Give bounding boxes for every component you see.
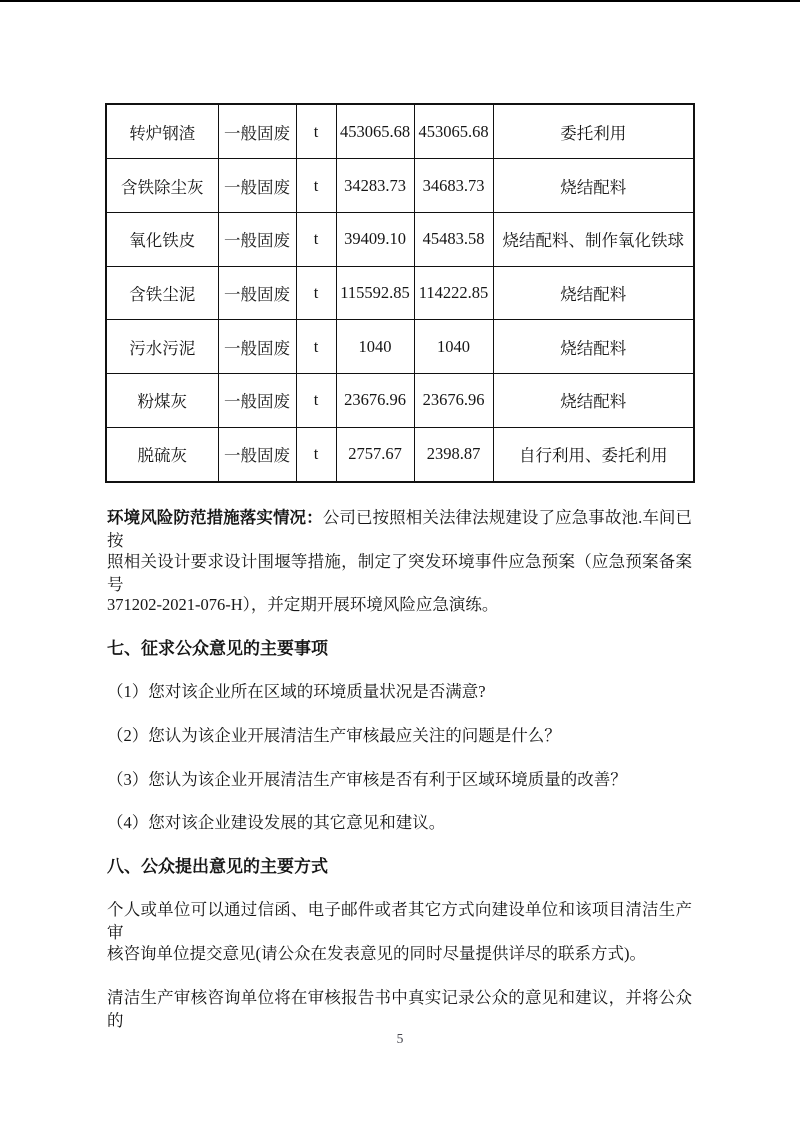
disposal-method-cell: 自行利用、委托利用	[493, 427, 694, 482]
utilized-qty-cell: 2398.87	[414, 427, 493, 482]
page-number: 5	[0, 1031, 800, 1047]
generated-qty-cell: 115592.85	[336, 266, 414, 320]
waste-category-cell: 一般固废	[218, 159, 296, 213]
waste-category-cell: 一般固废	[218, 320, 296, 374]
risk-measures-label: 环境风险防范措施落实情况：	[107, 508, 323, 527]
unit-cell: t	[296, 266, 336, 320]
waste-category-cell: 一般固废	[218, 374, 296, 428]
disposal-method-cell: 烧结配料	[493, 266, 694, 320]
disposal-method-cell: 烧结配料	[493, 159, 694, 213]
waste-name-cell: 粉煤灰	[106, 374, 218, 428]
risk-measures-line-2: 照相关设计要求设计围堰等措施，制定了突发环境事件应急预案（应急预案备案号	[107, 550, 692, 594]
risk-measures-line-1: 环境风险防范措施落实情况：公司已按照相关法律法规建设了应急事故池.车间已按	[107, 506, 692, 550]
utilized-qty-cell: 23676.96	[414, 374, 493, 428]
disposal-method-cell: 烧结配料	[493, 374, 694, 428]
section-7-heading: 七、征求公众意见的主要事项	[107, 637, 692, 681]
unit-cell: t	[296, 104, 336, 159]
section-8-line-1: 个人或单位可以通过信函、电子邮件或者其它方式向建设单位和该项目清洁生产审	[107, 898, 692, 942]
generated-qty-cell: 453065.68	[336, 104, 414, 159]
utilized-qty-cell: 1040	[414, 320, 493, 374]
waste-category-cell: 一般固废	[218, 212, 296, 266]
disposal-method-cell: 委托利用	[493, 104, 694, 159]
waste-name-cell: 转炉钢渣	[106, 104, 218, 159]
unit-cell: t	[296, 212, 336, 266]
table-row: 粉煤灰 一般固废 t 23676.96 23676.96 烧结配料	[106, 374, 694, 428]
risk-measures-line-3: 371202-2021-076-H），并定期开展环境风险应急演练。	[107, 593, 692, 637]
waste-category-cell: 一般固废	[218, 266, 296, 320]
unit-cell: t	[296, 427, 336, 482]
section-7-item-3: （3）您认为该企业开展清洁生产审核是否有利于区域环境质量的改善？	[107, 768, 692, 812]
waste-name-cell: 氧化铁皮	[106, 212, 218, 266]
table-row: 转炉钢渣 一般固废 t 453065.68 453065.68 委托利用	[106, 104, 694, 159]
waste-name-cell: 脱硫灰	[106, 427, 218, 482]
section-7-item-4: （4）您对该企业建设发展的其它意见和建议。	[107, 811, 692, 855]
utilized-qty-cell: 34683.73	[414, 159, 493, 213]
unit-cell: t	[296, 374, 336, 428]
section-8-line-2: 核咨询单位提交意见(请公众在发表意见的同时尽量提供详尽的联系方式)。	[107, 942, 692, 986]
generated-qty-cell: 2757.67	[336, 427, 414, 482]
solid-waste-table: 转炉钢渣 一般固废 t 453065.68 453065.68 委托利用 含铁除…	[105, 103, 695, 483]
generated-qty-cell: 34283.73	[336, 159, 414, 213]
generated-qty-cell: 1040	[336, 320, 414, 374]
disposal-method-cell: 烧结配料、制作氧化铁球	[493, 212, 694, 266]
waste-name-cell: 含铁除尘灰	[106, 159, 218, 213]
waste-name-cell: 含铁尘泥	[106, 266, 218, 320]
generated-qty-cell: 23676.96	[336, 374, 414, 428]
table-row: 含铁除尘灰 一般固废 t 34283.73 34683.73 烧结配料	[106, 159, 694, 213]
generated-qty-cell: 39409.10	[336, 212, 414, 266]
table-row: 含铁尘泥 一般固废 t 115592.85 114222.85 烧结配料	[106, 266, 694, 320]
table-row: 污水污泥 一般固废 t 1040 1040 烧结配料	[106, 320, 694, 374]
utilized-qty-cell: 453065.68	[414, 104, 493, 159]
section-8-heading: 八、公众提出意见的主要方式	[107, 855, 692, 899]
table-row: 氧化铁皮 一般固废 t 39409.10 45483.58 烧结配料、制作氧化铁…	[106, 212, 694, 266]
section-7-item-2: （2）您认为该企业开展清洁生产审核最应关注的问题是什么？	[107, 724, 692, 768]
unit-cell: t	[296, 159, 336, 213]
table-row: 脱硫灰 一般固废 t 2757.67 2398.87 自行利用、委托利用	[106, 427, 694, 482]
waste-category-cell: 一般固废	[218, 427, 296, 482]
body-text: 环境风险防范措施落实情况：公司已按照相关法律法规建设了应急事故池.车间已按 照相…	[107, 506, 692, 1029]
disposal-method-cell: 烧结配料	[493, 320, 694, 374]
utilized-qty-cell: 114222.85	[414, 266, 493, 320]
section-8-line-3: 清洁生产审核咨询单位将在审核报告书中真实记录公众的意见和建议，并将公众的	[107, 986, 692, 1030]
waste-name-cell: 污水污泥	[106, 320, 218, 374]
utilized-qty-cell: 45483.58	[414, 212, 493, 266]
page-top-edge-line	[0, 0, 800, 2]
section-7-item-1: （1）您对该企业所在区域的环境质量状况是否满意?	[107, 680, 692, 724]
waste-category-cell: 一般固废	[218, 104, 296, 159]
unit-cell: t	[296, 320, 336, 374]
